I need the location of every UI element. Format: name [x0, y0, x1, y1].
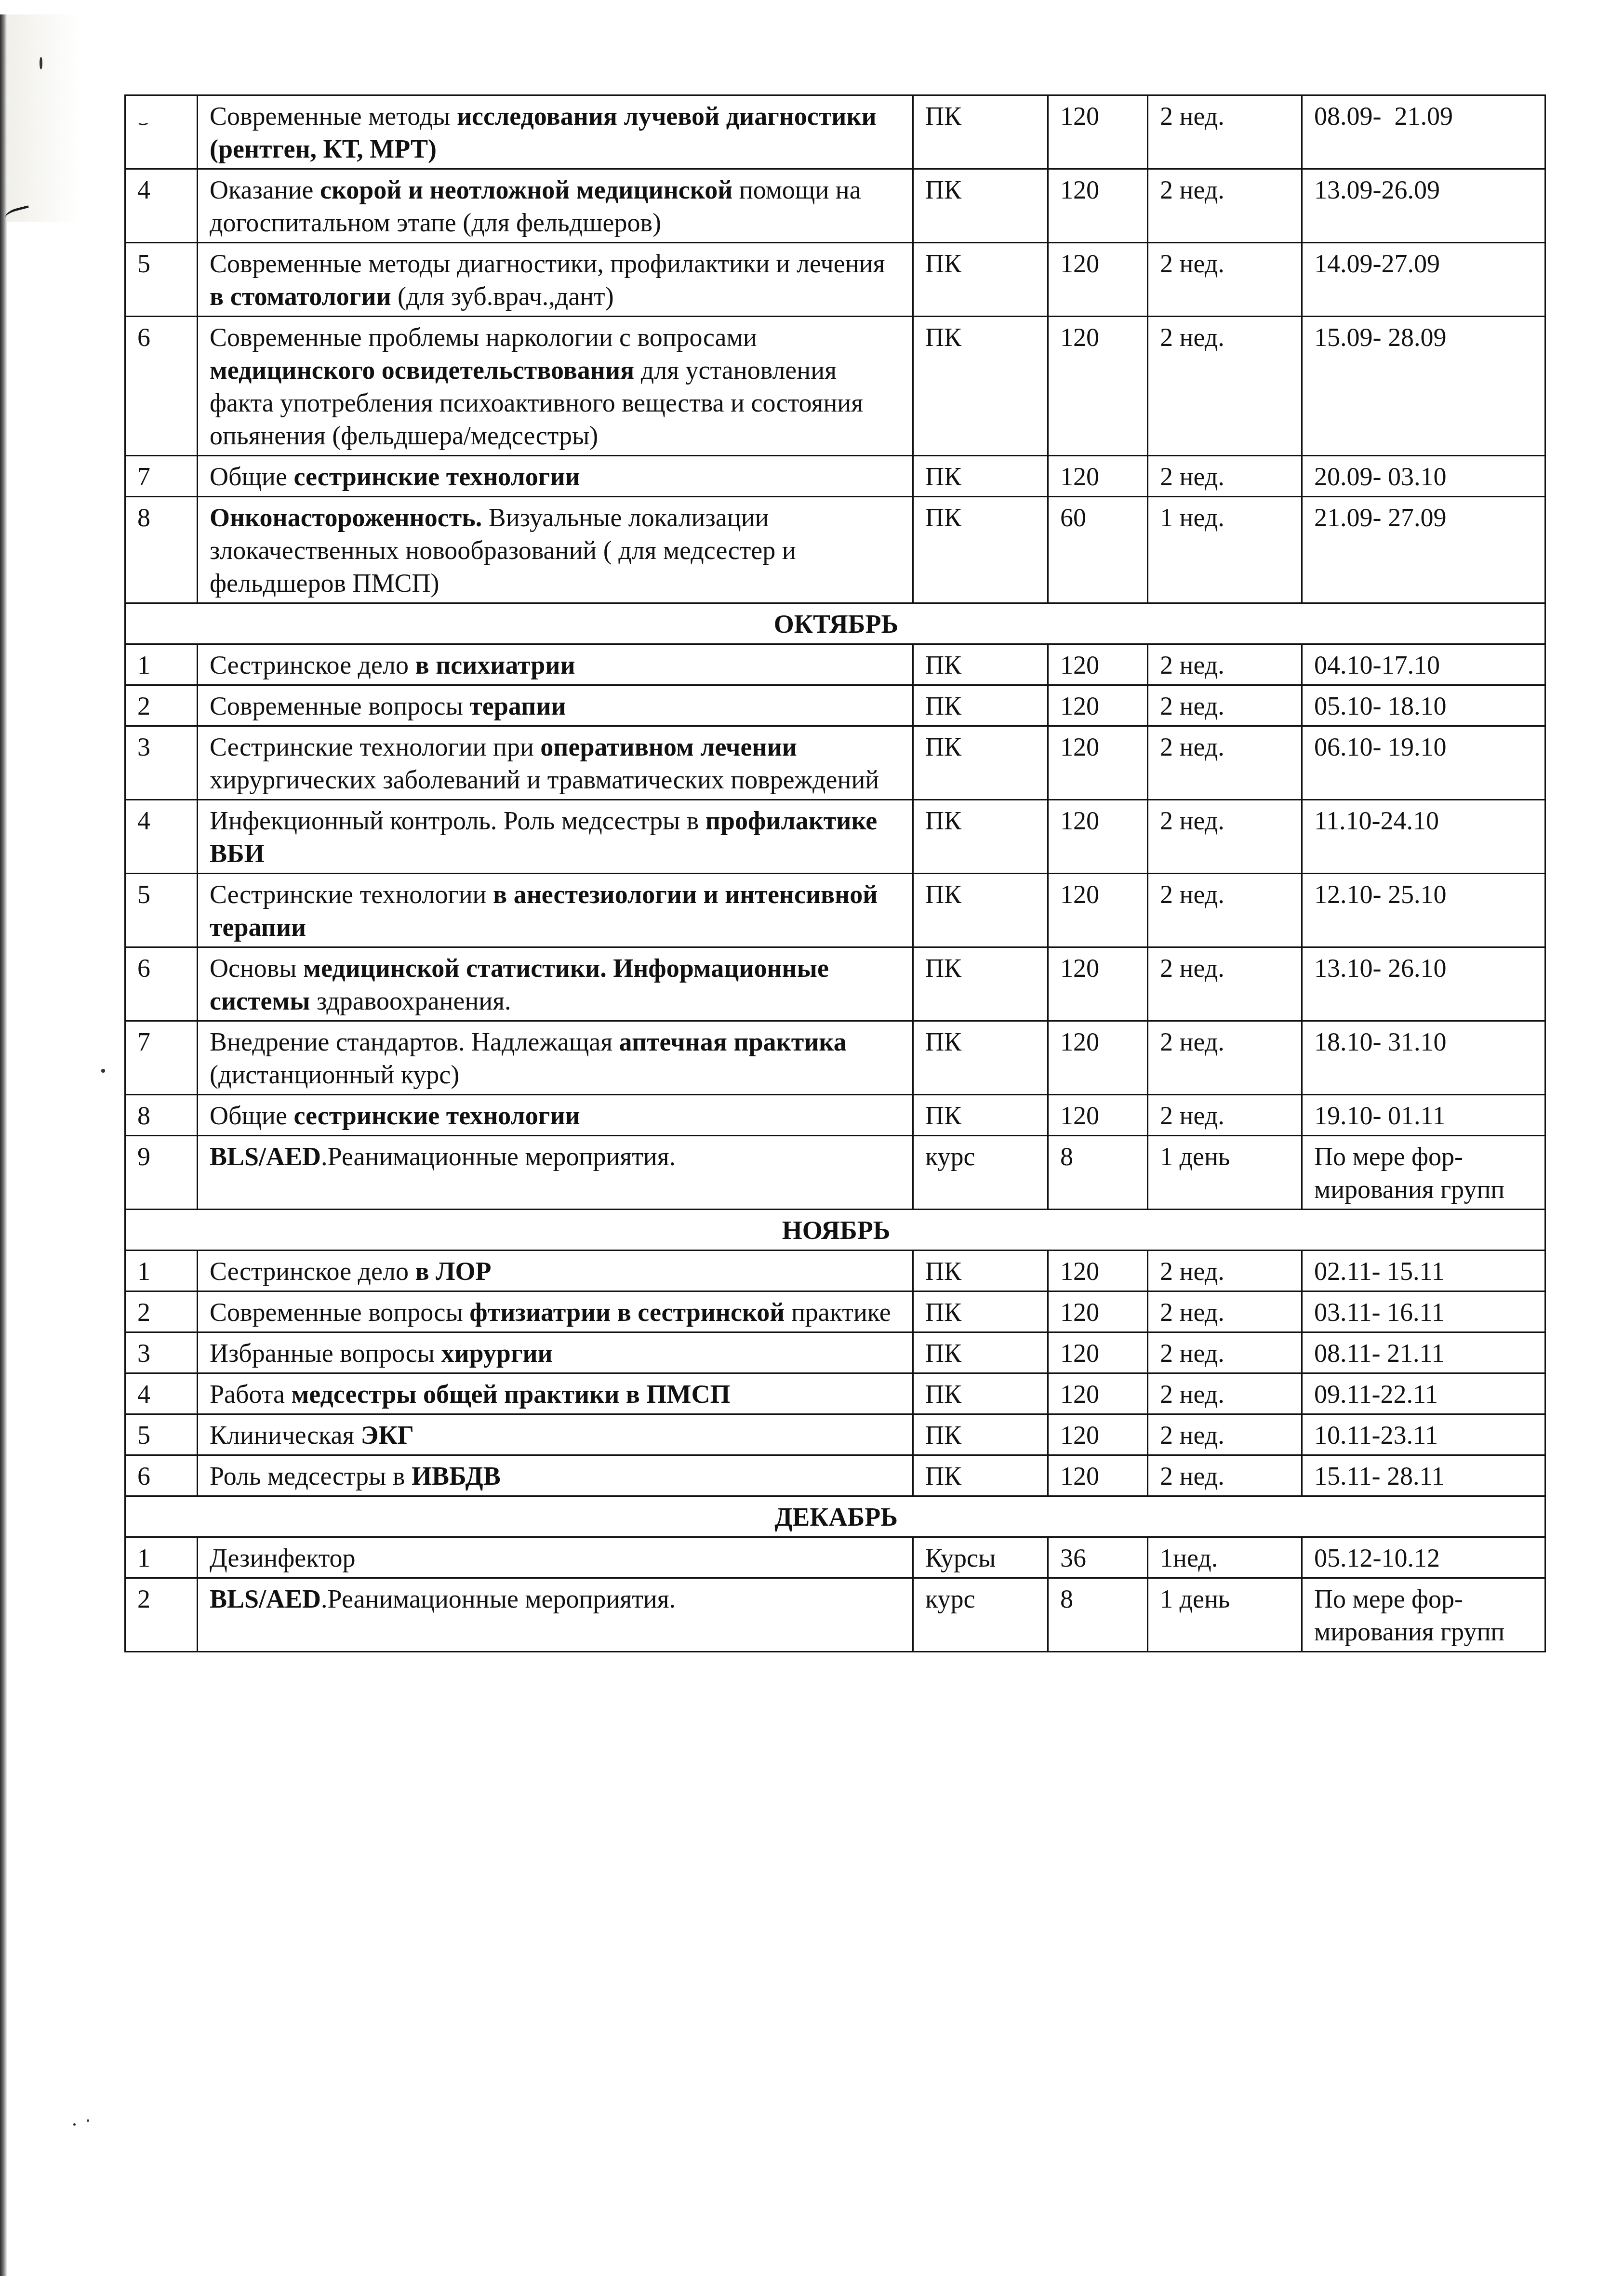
table-row: 6 Основы медицинской статистики. Информа… — [125, 947, 1545, 1021]
dates: 05.12-10.12 — [1302, 1537, 1545, 1578]
training-type: ПК — [913, 874, 1048, 947]
course-title: Инфекционный контроль. Роль медсестры в … — [198, 800, 913, 874]
course-title-text: (для зуб.врач.,дант) — [391, 282, 614, 311]
course-title-emphasis: BLS/AED — [210, 1584, 321, 1613]
hours: 120 — [1048, 456, 1148, 497]
course-title-text: Роль медсестры в — [210, 1462, 412, 1491]
hours: 120 — [1048, 874, 1148, 947]
dates: 20.09- 03.10 — [1302, 456, 1545, 497]
table-row: 4 Работа медсестры общей практики в ПМСП… — [125, 1373, 1545, 1414]
row-number: 3 — [125, 95, 198, 169]
duration: 2 нед. — [1148, 644, 1302, 685]
course-title: Современные вопросы фтизиатрии в сестрин… — [198, 1291, 913, 1332]
course-title: Современные вопросы терапии — [198, 685, 913, 726]
training-type: ПК — [913, 685, 1048, 726]
training-type: ПК — [913, 243, 1048, 317]
dates: 14.09-27.09 — [1302, 243, 1545, 317]
table-row: 9 BLS/AED.Реанимационные мероприятия. ку… — [125, 1136, 1545, 1210]
month-header-row: ОКТЯБРЬ — [125, 603, 1545, 644]
course-title-emphasis: медицинского освидетельствования — [210, 356, 634, 385]
course-title: Современные проблемы наркологии с вопрос… — [198, 317, 913, 456]
course-title-emphasis: фтизиатрии в сестринской — [469, 1298, 785, 1327]
duration: 2 нед. — [1148, 726, 1302, 800]
row-number: 1 — [125, 644, 198, 685]
hours: 120 — [1048, 1021, 1148, 1095]
duration: 2 нед. — [1148, 1414, 1302, 1455]
dates: По мере фор-мирования групп — [1302, 1136, 1545, 1210]
duration: 1нед. — [1148, 1537, 1302, 1578]
duration: 2 нед. — [1148, 1021, 1302, 1095]
course-title-emphasis: скорой и неотложной медицинской — [320, 175, 732, 204]
row-number: 4 — [125, 1373, 198, 1414]
course-title-text: Клиническая — [210, 1421, 361, 1450]
row-number: 1 — [125, 1537, 198, 1578]
course-title-text: Современные методы — [210, 102, 457, 131]
duration: 2 нед. — [1148, 169, 1302, 243]
dates: 08.09- 21.09 — [1302, 95, 1545, 169]
course-title-emphasis: аптечная практика — [619, 1027, 847, 1056]
hours: 120 — [1048, 1373, 1148, 1414]
training-type: ПК — [913, 947, 1048, 1021]
duration: 2 нед. — [1148, 1455, 1302, 1496]
row-number: 2 — [125, 685, 198, 726]
training-type: ПК — [913, 1291, 1048, 1332]
training-type: ПК — [913, 317, 1048, 456]
dates: 21.09- 27.09 — [1302, 497, 1545, 603]
scan-shadow — [7, 14, 79, 222]
hours: 120 — [1048, 317, 1148, 456]
month-header: НОЯБРЬ — [125, 1210, 1545, 1251]
duration: 2 нед. — [1148, 947, 1302, 1021]
duration: 2 нед. — [1148, 95, 1302, 169]
course-title: Сестринские технологии в анестезиологии … — [198, 874, 913, 947]
course-title: Современные методы диагностики, профилак… — [198, 243, 913, 317]
course-title-emphasis: в психиатрии — [415, 651, 575, 679]
course-title-emphasis: в ЛОР — [415, 1257, 492, 1286]
course-title: Избранные вопросы хирургии — [198, 1332, 913, 1373]
training-type: ПК — [913, 800, 1048, 874]
course-title-emphasis: хирургии — [441, 1339, 552, 1368]
row-number: 4 — [125, 800, 198, 874]
duration: 2 нед. — [1148, 243, 1302, 317]
course-title: BLS/AED.Реанимационные мероприятия. — [198, 1136, 913, 1210]
scan-speck — [87, 2119, 89, 2122]
course-title-text: Сестринские технологии при — [210, 732, 540, 761]
training-type: ПК — [913, 1095, 1048, 1136]
scan-speck — [101, 1069, 105, 1073]
course-title: Дезинфектор — [198, 1537, 913, 1578]
hours: 36 — [1048, 1537, 1148, 1578]
row-number: 5 — [125, 874, 198, 947]
training-type: ПК — [913, 1455, 1048, 1496]
hours: 8 — [1048, 1136, 1148, 1210]
dates: 13.10- 26.10 — [1302, 947, 1545, 1021]
course-title: Внедрение стандартов. Надлежащая аптечна… — [198, 1021, 913, 1095]
training-type: ПК — [913, 1251, 1048, 1291]
course-title-emphasis: медсестры общей практики в ПМСП — [292, 1380, 731, 1409]
course-title-emphasis: терапии — [469, 692, 566, 720]
hours: 120 — [1048, 1332, 1148, 1373]
course-title-text: Общие — [210, 462, 293, 491]
table-row: 1 Дезинфектор Курсы 36 1нед. 05.12-10.12 — [125, 1537, 1545, 1578]
table-row: 5 Клиническая ЭКГ ПК 120 2 нед. 10.11-23… — [125, 1414, 1545, 1455]
month-header: ОКТЯБРЬ — [125, 603, 1545, 644]
table-row: 3 Сестринские технологии при оперативном… — [125, 726, 1545, 800]
scan-left-edge — [0, 14, 7, 2276]
table-row: 3 Современные методы исследования лучево… — [125, 95, 1545, 169]
duration: 2 нед. — [1148, 1332, 1302, 1373]
hours: 120 — [1048, 1291, 1148, 1332]
course-title: Сестринские технологии при оперативном л… — [198, 726, 913, 800]
course-title-text: Основы — [210, 954, 303, 983]
dates: 04.10-17.10 — [1302, 644, 1545, 685]
hours: 120 — [1048, 947, 1148, 1021]
dates: 03.11- 16.11 — [1302, 1291, 1545, 1332]
hours: 120 — [1048, 169, 1148, 243]
course-title: Роль медсестры в ИВБДВ — [198, 1455, 913, 1496]
row-number: 5 — [125, 243, 198, 317]
course-title: Работа медсестры общей практики в ПМСП — [198, 1373, 913, 1414]
table-row: 7 Внедрение стандартов. Надлежащая аптеч… — [125, 1021, 1545, 1095]
hours: 8 — [1048, 1578, 1148, 1652]
duration: 2 нед. — [1148, 800, 1302, 874]
course-title-text: Сестринское дело — [210, 651, 415, 679]
course-title: Общие сестринские технологии — [198, 1095, 913, 1136]
course-title-text: хирургических заболеваний и травматическ… — [210, 765, 879, 794]
course-title-text: Современные методы диагностики, профилак… — [210, 249, 885, 278]
course-title: Общие сестринские технологии — [198, 456, 913, 497]
course-title-text: Оказание — [210, 175, 320, 204]
hours: 120 — [1048, 644, 1148, 685]
course-schedule-table: 3 Современные методы исследования лучево… — [124, 94, 1546, 1652]
course-title-emphasis: BLS/AED — [210, 1142, 321, 1171]
training-type: ПК — [913, 95, 1048, 169]
course-title: Оказание скорой и неотложной медицинской… — [198, 169, 913, 243]
training-type: ПК — [913, 497, 1048, 603]
table-row: 2 Современные вопросы фтизиатрии в сестр… — [125, 1291, 1545, 1332]
duration: 2 нед. — [1148, 1291, 1302, 1332]
course-title-emphasis: ИВБДВ — [412, 1462, 501, 1491]
row-number: 8 — [125, 1095, 198, 1136]
table-row: 7 Общие сестринские технологии ПК 120 2 … — [125, 456, 1545, 497]
hours: 120 — [1048, 95, 1148, 169]
course-title-text: Дезинфектор — [210, 1544, 356, 1572]
course-title: BLS/AED.Реанимационные мероприятия. — [198, 1578, 913, 1652]
hours: 120 — [1048, 726, 1148, 800]
training-type: курс — [913, 1136, 1048, 1210]
course-title-text: Общие — [210, 1101, 293, 1130]
course-title: Клиническая ЭКГ — [198, 1414, 913, 1455]
course-title-emphasis: оперативном лечении — [540, 732, 797, 761]
row-number: 8 — [125, 497, 198, 603]
course-title-text: здравоохранения. — [310, 986, 511, 1015]
course-title-text: Сестринские технологии — [210, 880, 493, 909]
row-number: 2 — [125, 1578, 198, 1652]
hours: 120 — [1048, 1251, 1148, 1291]
hours: 120 — [1048, 243, 1148, 317]
hours: 120 — [1048, 1455, 1148, 1496]
training-type: Курсы — [913, 1537, 1048, 1578]
course-title-text: Современные проблемы наркологии с вопрос… — [210, 323, 757, 352]
table-row: 1 Сестринское дело в психиатрии ПК 120 2… — [125, 644, 1545, 685]
duration: 1 день — [1148, 1578, 1302, 1652]
hours: 120 — [1048, 1095, 1148, 1136]
dates: 09.11-22.11 — [1302, 1373, 1545, 1414]
row-number: 3 — [125, 1332, 198, 1373]
dates: 13.09-26.09 — [1302, 169, 1545, 243]
table-row: 1 Сестринское дело в ЛОР ПК 120 2 нед. 0… — [125, 1251, 1545, 1291]
row-number: 9 — [125, 1136, 198, 1210]
row-number: 7 — [125, 1021, 198, 1095]
course-title-text: (дистанционный курс) — [210, 1060, 459, 1089]
dates: 06.10- 19.10 — [1302, 726, 1545, 800]
duration: 2 нед. — [1148, 1251, 1302, 1291]
course-title-text: Внедрение стандартов. Надлежащая — [210, 1027, 619, 1056]
course-title: Онконастороженность. Визуальные локализа… — [198, 497, 913, 603]
table-row: 2 Современные вопросы терапии ПК 120 2 н… — [125, 685, 1545, 726]
training-type: ПК — [913, 169, 1048, 243]
training-type: ПК — [913, 1021, 1048, 1095]
course-title-text: .Реанимационные мероприятия. — [321, 1584, 676, 1613]
course-title-emphasis: сестринские технологии — [293, 462, 580, 491]
table-row: 6 Современные проблемы наркологии с вопр… — [125, 317, 1545, 456]
duration: 2 нед. — [1148, 685, 1302, 726]
dates: 12.10- 25.10 — [1302, 874, 1545, 947]
row-number: 3 — [125, 726, 198, 800]
dates: 10.11-23.11 — [1302, 1414, 1545, 1455]
course-title: Современные методы исследования лучевой … — [198, 95, 913, 169]
dates: 11.10-24.10 — [1302, 800, 1545, 874]
table-row: 3 Избранные вопросы хирургии ПК 120 2 не… — [125, 1332, 1545, 1373]
course-title-text: Избранные вопросы — [210, 1339, 441, 1368]
dates: 15.11- 28.11 — [1302, 1455, 1545, 1496]
row-number: 6 — [125, 317, 198, 456]
schedule-body: 3 Современные методы исследования лучево… — [125, 95, 1545, 1652]
course-title-text: практике — [785, 1298, 891, 1327]
table-row: 4 Инфекционный контроль. Роль медсестры … — [125, 800, 1545, 874]
course-title-text: Современные вопросы — [210, 692, 469, 720]
row-number: 2 — [125, 1291, 198, 1332]
hours: 120 — [1048, 1414, 1148, 1455]
training-type: ПК — [913, 456, 1048, 497]
table-row: 5 Современные методы диагностики, профил… — [125, 243, 1545, 317]
duration: 2 нед. — [1148, 874, 1302, 947]
course-title-emphasis: Онконастороженность. — [210, 503, 482, 532]
course-title-text: Современные вопросы — [210, 1298, 469, 1327]
scan-speck — [73, 2123, 76, 2126]
row-number: 4 — [125, 169, 198, 243]
dates: 08.11- 21.11 — [1302, 1332, 1545, 1373]
dates: 19.10- 01.11 — [1302, 1095, 1545, 1136]
table-row: 5 Сестринские технологии в анестезиологи… — [125, 874, 1545, 947]
duration: 2 нед. — [1148, 1095, 1302, 1136]
duration: 1 нед. — [1148, 497, 1302, 603]
month-header-row: ДЕКАБРЬ — [125, 1496, 1545, 1537]
training-type: ПК — [913, 1414, 1048, 1455]
table-row: 2 BLS/AED.Реанимационные мероприятия. ку… — [125, 1578, 1545, 1652]
course-title-text: Инфекционный контроль. Роль медсестры в — [210, 806, 706, 835]
row-number: 1 — [125, 1251, 198, 1291]
row-number: 6 — [125, 947, 198, 1021]
course-title-emphasis: сестринские технологии — [293, 1101, 580, 1130]
hours: 120 — [1048, 685, 1148, 726]
training-type: ПК — [913, 1373, 1048, 1414]
hours: 60 — [1048, 497, 1148, 603]
course-title-text: .Реанимационные мероприятия. — [321, 1142, 676, 1171]
duration: 2 нед. — [1148, 317, 1302, 456]
dates: По мере фор-мирования групп — [1302, 1578, 1545, 1652]
duration: 2 нед. — [1148, 456, 1302, 497]
dates: 15.09- 28.09 — [1302, 317, 1545, 456]
course-title: Основы медицинской статистики. Информаци… — [198, 947, 913, 1021]
dates: 05.10- 18.10 — [1302, 685, 1545, 726]
training-type: ПК — [913, 726, 1048, 800]
dates: 18.10- 31.10 — [1302, 1021, 1545, 1095]
course-title-text: Сестринское дело — [210, 1257, 415, 1286]
course-title: Сестринское дело в психиатрии — [198, 644, 913, 685]
scan-speck — [40, 57, 42, 69]
course-title-emphasis: в стоматологии — [210, 282, 391, 311]
table-row: 6 Роль медсестры в ИВБДВ ПК 120 2 нед. 1… — [125, 1455, 1545, 1496]
course-title-text: Работа — [210, 1380, 292, 1409]
row-number: 6 — [125, 1455, 198, 1496]
training-type: ПК — [913, 1332, 1048, 1373]
dates: 02.11- 15.11 — [1302, 1251, 1545, 1291]
training-type: курс — [913, 1578, 1048, 1652]
table-row: 8 Онконастороженность. Визуальные локали… — [125, 497, 1545, 603]
row-number: 5 — [125, 1414, 198, 1455]
month-header: ДЕКАБРЬ — [125, 1496, 1545, 1537]
training-type: ПК — [913, 644, 1048, 685]
course-title-emphasis: ЭКГ — [361, 1421, 414, 1450]
duration: 1 день — [1148, 1136, 1302, 1210]
row-number: 7 — [125, 456, 198, 497]
month-header-row: НОЯБРЬ — [125, 1210, 1545, 1251]
duration: 2 нед. — [1148, 1373, 1302, 1414]
course-title: Сестринское дело в ЛОР — [198, 1251, 913, 1291]
table-row: 4 Оказание скорой и неотложной медицинск… — [125, 169, 1545, 243]
table-row: 8 Общие сестринские технологии ПК 120 2 … — [125, 1095, 1545, 1136]
hours: 120 — [1048, 800, 1148, 874]
